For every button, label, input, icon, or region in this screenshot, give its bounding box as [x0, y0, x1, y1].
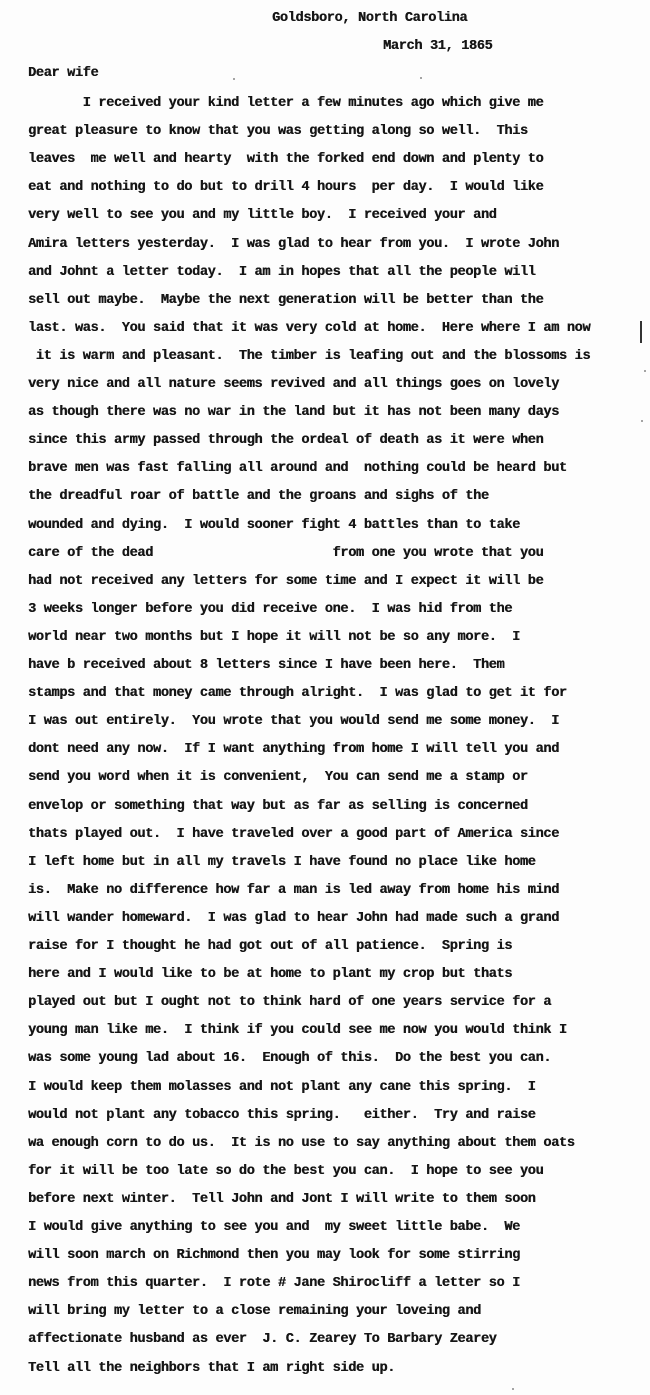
letter-line: last. was. You said that it was very col…: [28, 321, 590, 337]
letter-line: sell out maybe. Maybe the next generatio…: [28, 293, 543, 309]
letter-line: stamps and that money came through alrig…: [28, 686, 567, 702]
letter-line: affectionate husband as ever J. C. Zeare…: [28, 1332, 496, 1348]
letter-line: was some young lad about 16. Enough of t…: [28, 1051, 551, 1067]
letter-line: as though there was no war in the land b…: [28, 405, 559, 421]
letter-body: I received your kind letter a few minute…: [0, 0, 650, 1395]
scan-speck: [512, 1388, 514, 1390]
letter-line: have b received about 8 letters since I …: [28, 658, 504, 674]
letter-line: Tell all the neighbors that I am right s…: [28, 1361, 395, 1377]
letter-page: Goldsboro, North Carolina March 31, 1865…: [0, 0, 650, 1395]
letter-line: will soon march on Richmond then you may…: [28, 1248, 520, 1264]
letter-line: the dreadful roar of battle and the groa…: [28, 489, 489, 505]
letter-line: news from this quarter. I rote # Jane Sh…: [28, 1276, 520, 1292]
scan-speck: [641, 420, 643, 422]
scan-speck: [233, 78, 235, 80]
letter-line: 3 weeks longer before you did receive on…: [28, 602, 512, 618]
letter-line: I was out entirely. You wrote that you w…: [28, 714, 559, 730]
letter-line: will bring my letter to a close remainin…: [28, 1304, 481, 1320]
letter-line: wa enough corn to do us. It is no use to…: [28, 1136, 575, 1152]
letter-line: thats played out. I have traveled over a…: [28, 827, 559, 843]
letter-line: for it will be too late so do the best y…: [28, 1164, 543, 1180]
letter-line: and Johnt a letter today. I am in hopes …: [28, 265, 536, 281]
letter-line: leaves me well and hearty with the forke…: [28, 152, 543, 168]
letter-line: dont need any now. If I want anything fr…: [28, 742, 559, 758]
letter-line: here and I would like to be at home to p…: [28, 967, 512, 983]
letter-line: wounded and dying. I would sooner fight …: [28, 518, 520, 534]
letter-line: send you word when it is convenient, You…: [28, 770, 528, 786]
letter-line: eat and nothing to do but to drill 4 hou…: [28, 180, 543, 196]
letter-line: played out but I ought not to think hard…: [28, 995, 551, 1011]
letter-line: young man like me. I think if you could …: [28, 1023, 567, 1039]
scan-speck: [644, 370, 646, 372]
letter-line: I would give anything to see you and my …: [28, 1220, 520, 1236]
letter-line: very well to see you and my little boy. …: [28, 208, 496, 224]
letter-line: care of the dead from one you wrote that…: [28, 546, 543, 562]
letter-line: had not received any letters for some ti…: [28, 574, 543, 590]
scan-speck: [420, 77, 422, 79]
letter-line: will wander homeward. I was glad to hear…: [28, 911, 559, 927]
letter-line: very nice and all nature seems revived a…: [28, 377, 559, 393]
letter-line: brave men was fast falling all around an…: [28, 461, 567, 477]
margin-mark: [640, 321, 642, 343]
letter-line: I would keep them molasses and not plant…: [28, 1080, 536, 1096]
letter-line: world near two months but I hope it will…: [28, 630, 520, 646]
letter-line: would not plant any tobacco this spring.…: [28, 1108, 536, 1124]
letter-line: I received your kind letter a few minute…: [28, 96, 543, 112]
letter-line: is. Make no difference how far a man is …: [28, 883, 559, 899]
letter-line: since this army passed through the ordea…: [28, 433, 543, 449]
letter-line: before next winter. Tell John and Jont I…: [28, 1192, 536, 1208]
letter-line: Amira letters yesterday. I was glad to h…: [28, 237, 559, 253]
letter-line: it is warm and pleasant. The timber is l…: [28, 349, 590, 365]
letter-line: raise for I thought he had got out of al…: [28, 939, 512, 955]
letter-line: I left home but in all my travels I have…: [28, 855, 536, 871]
letter-line: great pleasure to know that you was gett…: [28, 124, 528, 140]
letter-line: envelop or something that way but as far…: [28, 799, 528, 815]
